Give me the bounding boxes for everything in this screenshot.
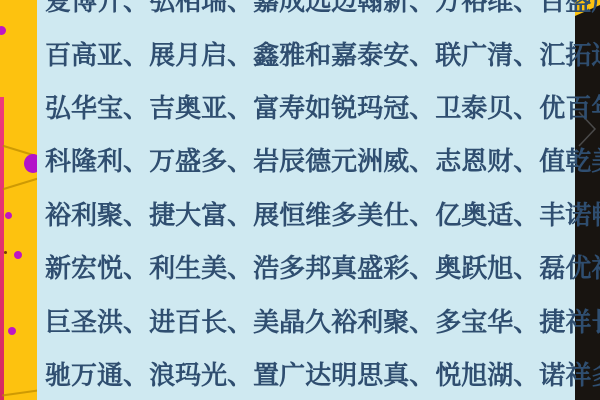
confetti-dot-icon [8, 327, 16, 335]
name-list-row: 科隆利、万盛多、岩辰德元洲威、志恩财、值乾美 [45, 133, 573, 186]
name-list-row: 新宏悦、利生美、浩多邦真盛彩、奥跃旭、磊优祥 [45, 240, 573, 293]
name-list-row: 弘华宝、吉奥亚、富寿如锐玛冠、卫泰贝、优百年 [45, 80, 573, 133]
left-pink-strip [0, 97, 4, 400]
name-list-row: 爱博升、弘相瑞、嘉成远边翰新、万裕维、百盛广 [45, 0, 573, 26]
chevron-line-icon [2, 390, 38, 397]
name-list-row: 裕利聚、捷大富、展恒维多美仕、亿奥适、丰诺畅 [45, 187, 573, 240]
name-list-row: 百高亚、展月启、鑫雅和嘉泰安、联广清、汇拓迪 [45, 26, 573, 79]
confetti-dot-icon [14, 251, 22, 259]
poster-canvas: 爱博升、弘相瑞、嘉成远边翰新、万裕维、百盛广 百高亚、展月启、鑫雅和嘉泰安、联广… [0, 0, 600, 400]
name-list: 爱博升、弘相瑞、嘉成远边翰新、万裕维、百盛广 百高亚、展月启、鑫雅和嘉泰安、联广… [45, 0, 573, 400]
name-list-row: 驰万通、浪玛光、置广达明思真、悦旭湖、诺祥多 [45, 347, 573, 400]
confetti-dot-icon [4, 251, 7, 254]
confetti-dot-icon [5, 212, 12, 219]
confetti-dot-icon [0, 26, 6, 35]
name-list-row: 巨圣洪、进百长、美晶久裕利聚、多宝华、捷祥长 [45, 293, 573, 346]
chevron-line-icon [2, 178, 37, 190]
